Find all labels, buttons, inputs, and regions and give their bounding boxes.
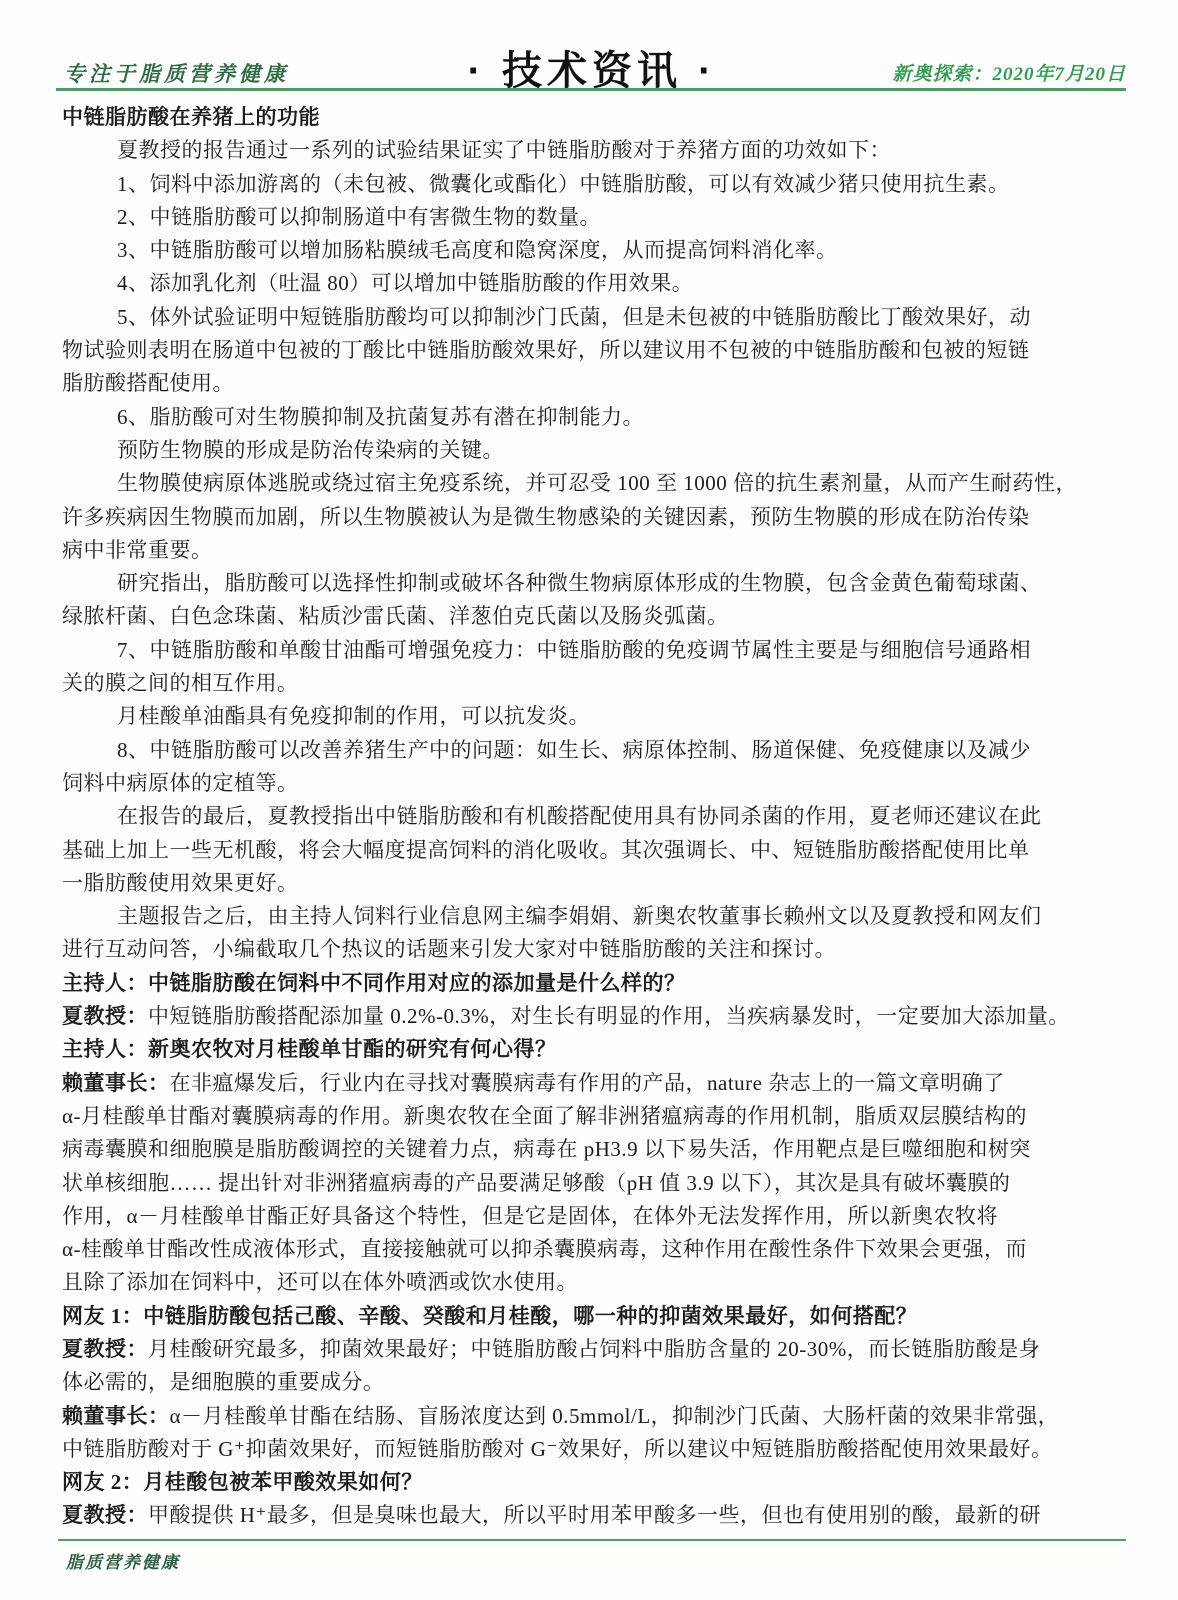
footer-slogan: 脂质营养健康 (66, 1548, 180, 1573)
text-line: 作用，α－月桂酸单甘酯正好具备这个特性，但是它是固体，在体外无法发挥作用，所以新… (62, 1200, 1128, 1233)
header-issue-date: 新奥探索：2020年7月20日 (892, 59, 1126, 86)
speaker-label: 夏教授： (62, 1337, 148, 1361)
text-line: 预防生物膜的形成是防治传染病的关键。 (62, 434, 1128, 467)
text-line: 脂肪酸搭配使用。 (62, 367, 1128, 400)
line-text: 中短链脂肪酸搭配添加量 0.2%-0.3%，对生长有明显的作用，当疾病暴发时，一… (148, 1004, 1070, 1028)
line-text: 新奥农牧对月桂酸单甘酯的研究有何心得？ (148, 1037, 557, 1061)
text-line: 1、饲料中添加游离的（未包被、微囊化或酯化）中链脂肪酸，可以有效减少猪只使用抗生… (62, 168, 1128, 201)
text-line: 夏教授的报告通过一系列的试验结果证实了中链脂肪酸对于养猪方面的功效如下： (62, 134, 1128, 167)
text-line: 主持人：中链脂肪酸在饲料中不同作用对应的添加量是什么样的？ (62, 967, 1128, 1000)
text-line: 8、中链脂肪酸可以改善养猪生产中的问题：如生长、病原体控制、肠道保健、免疫健康以… (62, 734, 1128, 767)
text-line: 中链脂肪酸对于 G⁺抑菌效果好，而短链脂肪酸对 G⁻效果好，所以建议中短链脂肪酸… (62, 1433, 1128, 1466)
speaker-label: 赖董事长： (62, 1404, 170, 1428)
line-text: 在非瘟爆发后，行业内在寻找对囊膜病毒有作用的产品，nature 杂志上的一篇文章… (170, 1071, 1005, 1095)
text-line: 在报告的最后，夏教授指出中链脂肪酸和有机酸搭配使用具有协同杀菌的作用，夏老师还建… (62, 800, 1128, 833)
article-title: 中链脂肪酸在养猪上的功能 (62, 101, 1128, 134)
line-text: 月桂酸研究最多，抑菌效果最好；中链脂肪酸占饲料中脂肪含量的 20-30%，而长链… (148, 1337, 1040, 1361)
text-line: 3、中链脂肪酸可以增加肠粘膜绒毛高度和隐窝深度，从而提高饲料消化率。 (62, 234, 1128, 267)
speaker-label: 主持人： (62, 1037, 148, 1061)
footer-divider-rule (58, 1539, 1126, 1541)
text-line: 5、体外试验证明中短链脂肪酸均可以抑制沙门氏菌，但是未包被的中链脂肪酸比丁酸效果… (62, 301, 1128, 334)
text-line: 赖董事长：在非瘟爆发后，行业内在寻找对囊膜病毒有作用的产品，nature 杂志上… (62, 1067, 1128, 1100)
line-text: α－月桂酸单甘酯在结肠、盲肠浓度达到 0.5mmol/L，抑制沙门氏菌、大肠杆菌… (170, 1404, 1060, 1428)
text-line: 体必需的，是细胞膜的重要成分。 (62, 1366, 1128, 1399)
text-line: 病中非常重要。 (62, 534, 1128, 567)
text-line: α-月桂酸单甘酯对囊膜病毒的作用。新奥农牧在全面了解非洲猪瘟病毒的作用机制，脂质… (62, 1100, 1128, 1133)
text-line: 状单核细胞…… 提出针对非洲猪瘟病毒的产品要满足够酸（pH 值 3.9 以下），… (62, 1167, 1128, 1200)
text-line: 4、添加乳化剂（吐温 80）可以增加中链脂肪酸的作用效果。 (62, 267, 1128, 300)
text-line: 病毒囊膜和细胞膜是脂肪酸调控的关键着力点，病毒在 pH3.9 以下易失活，作用靶… (62, 1133, 1128, 1166)
text-line: 许多疾病因生物膜而加剧，所以生物膜被认为是微生物感染的关键因素，预防生物膜的形成… (62, 501, 1128, 534)
text-line: 主题报告之后，由主持人饲料行业信息网主编李娟娟、新奥农牧董事长赖州文以及夏教授和… (62, 900, 1128, 933)
speaker-label: 夏教授： (62, 1503, 148, 1527)
speaker-label: 网友 1： (62, 1304, 143, 1328)
newsletter-page: 专注于脂质营养健康 · 技术资讯 · 新奥探索：2020年7月20日 中链脂肪酸… (0, 0, 1178, 1600)
text-line: 基础上加上一些无机酸，将会大幅度提高饲料的消化吸收。其次强调长、中、短链脂肪酸搭… (62, 834, 1128, 867)
text-line: 物试验则表明在肠道中包被的丁酸比中链脂肪酸效果好，所以建议用不包被的中链脂肪酸和… (62, 334, 1128, 367)
text-line: α-桂酸单甘酯改性成液体形式，直接接触就可以抑杀囊膜病毒，这种作用在酸性条件下效… (62, 1233, 1128, 1266)
page-header: 专注于脂质营养健康 · 技术资讯 · 新奥探索：2020年7月20日 (58, 44, 1126, 90)
text-line: 且除了添加在饲料中，还可以在体外喷洒或饮水使用。 (62, 1266, 1128, 1299)
speaker-label: 夏教授： (62, 1004, 148, 1028)
text-line: 夏教授：甲酸提供 H⁺最多，但是臭味也最大，所以平时用苯甲酸多一些，但也有使用别… (62, 1499, 1128, 1532)
text-line: 进行互动问答，小编截取几个热议的话题来引发大家对中链脂肪酸的关注和探讨。 (62, 933, 1128, 966)
line-text: 月桂酸包被苯甲酸效果如何？ (143, 1470, 423, 1494)
text-line: 赖董事长：α－月桂酸单甘酯在结肠、盲肠浓度达到 0.5mmol/L，抑制沙门氏菌… (62, 1400, 1128, 1433)
header-slogan: 专注于脂质营养健康 (64, 58, 289, 88)
text-line: 网友 1：中链脂肪酸包括己酸、辛酸、癸酸和月桂酸，哪一种的抑菌效果最好，如何搭配… (62, 1300, 1128, 1333)
speaker-label: 网友 2： (62, 1470, 143, 1494)
text-line: 关的膜之间的相互作用。 (62, 667, 1128, 700)
text-line: 2、中链脂肪酸可以抑制肠道中有害微生物的数量。 (62, 201, 1128, 234)
article-body: 中链脂肪酸在养猪上的功能夏教授的报告通过一系列的试验结果证实了中链脂肪酸对于养猪… (62, 101, 1128, 1533)
text-line: 研究指出，脂肪酸可以选择性抑制或破坏各种微生物病原体形成的生物膜，包含金黄色葡萄… (62, 567, 1128, 600)
speaker-label: 赖董事长： (62, 1071, 170, 1095)
speaker-label: 主持人： (62, 971, 148, 995)
text-line: 网友 2：月桂酸包被苯甲酸效果如何？ (62, 1466, 1128, 1499)
text-line: 月桂酸单油酯具有免疫抑制的作用，可以抗发炎。 (62, 700, 1128, 733)
text-line: 一脂肪酸使用效果更好。 (62, 867, 1128, 900)
text-line: 7、中链脂肪酸和单酸甘油酯可增强免疫力：中链脂肪酸的免疫调节属性主要是与细胞信号… (62, 634, 1128, 667)
text-line: 主持人：新奥农牧对月桂酸单甘酯的研究有何心得？ (62, 1033, 1128, 1066)
text-line: 夏教授：月桂酸研究最多，抑菌效果最好；中链脂肪酸占饲料中脂肪含量的 20-30%… (62, 1333, 1128, 1366)
line-text: 中链脂肪酸在饲料中不同作用对应的添加量是什么样的？ (148, 971, 686, 995)
text-line: 生物膜使病原体逃脱或绕过宿主免疫系统，并可忍受 100 至 1000 倍的抗生素… (62, 467, 1128, 500)
header-divider-rule (56, 88, 1126, 91)
text-line: 饲料中病原体的定植等。 (62, 767, 1128, 800)
line-text: 甲酸提供 H⁺最多，但是臭味也最大，所以平时用苯甲酸多一些，但也有使用别的酸，最… (148, 1503, 1041, 1527)
text-line: 绿脓杆菌、白色念珠菌、粘质沙雷氏菌、洋葱伯克氏菌以及肠炎弧菌。 (62, 600, 1128, 633)
text-line: 夏教授：中短链脂肪酸搭配添加量 0.2%-0.3%，对生长有明显的作用，当疾病暴… (62, 1000, 1128, 1033)
line-text: 中链脂肪酸包括己酸、辛酸、癸酸和月桂酸，哪一种的抑菌效果最好，如何搭配？ (143, 1304, 917, 1328)
text-line: 6、脂肪酸可对生物膜抑制及抗菌复苏有潜在抑制能力。 (62, 401, 1128, 434)
